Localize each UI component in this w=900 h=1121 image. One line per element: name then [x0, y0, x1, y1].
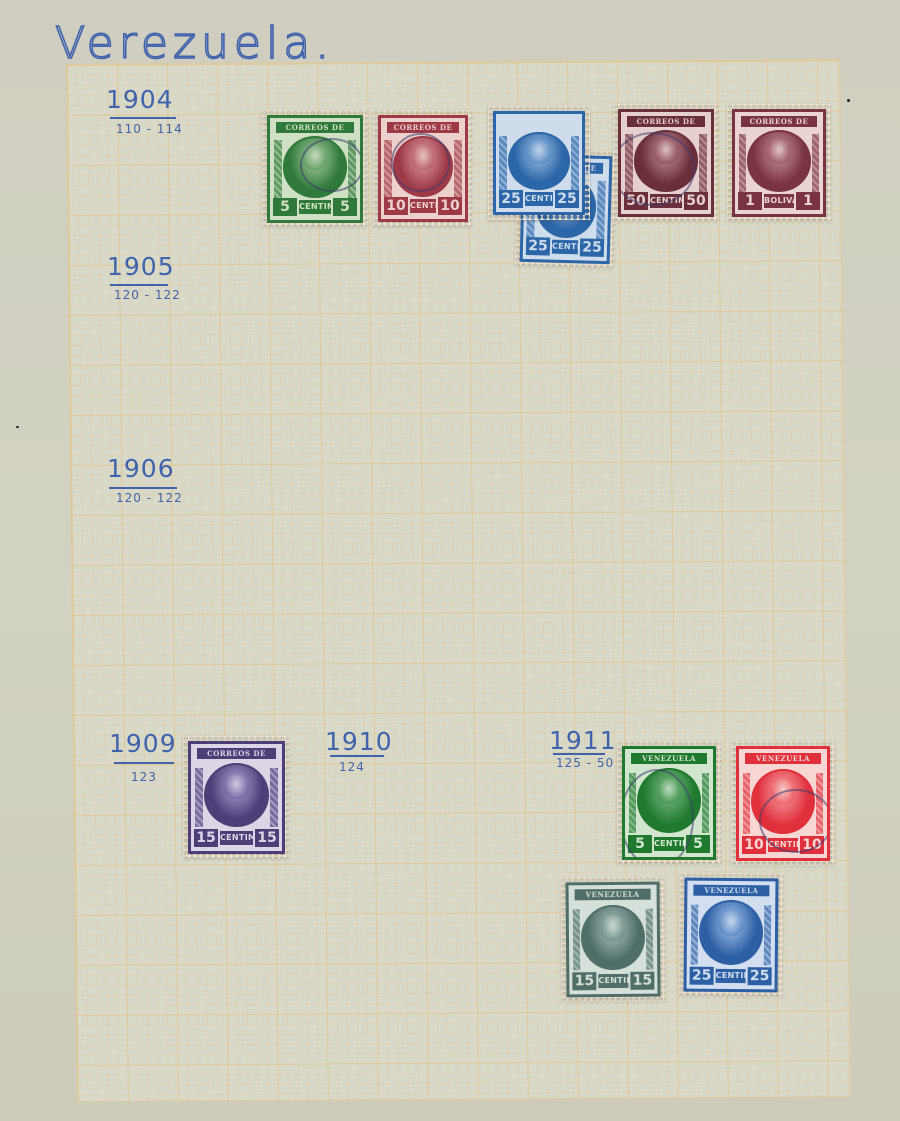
stamp-face: CORREOS DE10CENTIMOS10: [378, 115, 468, 222]
stamp-value-bar: 25CENTIMOS25: [690, 966, 772, 987]
stamp-5-centimos: VENEZUELA5CENTIMOS5: [617, 741, 721, 865]
stamp-value: 10: [384, 197, 408, 215]
stamp-column-ornament: [690, 904, 698, 965]
portrait-icon: [699, 900, 763, 965]
stamp-value: 10: [438, 197, 462, 215]
catalog-range-1905: 120 - 122: [114, 288, 181, 302]
stamp-column-ornament: [572, 909, 580, 970]
year-underline: [110, 284, 168, 286]
year-underline: [553, 753, 605, 755]
stamp-15-centimos: VENEZUELA15CENTIMOS15: [560, 877, 665, 1003]
stamp-currency: BOLIVAR: [764, 194, 794, 208]
stamp-currency: CENTIMOS: [552, 240, 578, 255]
stamp-header: VENEZUELA: [631, 753, 707, 764]
stamp-value: 15: [572, 972, 596, 990]
stamp-face: VENEZUELA5CENTIMOS5: [622, 746, 716, 860]
stamp-value: 25: [499, 190, 523, 208]
stamp-column-ornament: [699, 134, 707, 191]
stamp-face: CORREOS DE50CENTIMOS50: [618, 109, 714, 217]
year-label-1911: 1911: [549, 727, 617, 755]
stamp-5-centimos: CORREOS DE5CENTIMOS5: [262, 110, 368, 228]
stamp-value-bar: 15CENTIMOS15: [572, 971, 654, 992]
stamp-10-centimos: VENEZUELA10CENTIMOS10: [731, 741, 835, 866]
stamp-15-centimos: CORREOS DE15CENTIMOS15: [183, 736, 290, 859]
catalog-range-1911: 125 - 50: [556, 756, 614, 770]
stamp-currency: CENTIMOS: [220, 831, 253, 845]
stamp-column-ornament: [739, 134, 747, 191]
stamp-column-ornament: [763, 905, 771, 966]
stamp-value: 25: [748, 967, 772, 985]
stamp-header: VENEZUELA: [745, 753, 821, 764]
portrait-icon: [581, 904, 645, 970]
portrait-icon: [747, 130, 810, 191]
stamp-column-ornament: [702, 773, 710, 834]
stamp-10-centimos: CORREOS DE10CENTIMOS10: [373, 110, 473, 227]
stamp-value: 25: [555, 190, 579, 208]
portrait-icon: [204, 763, 270, 827]
stamp-column-ornament: [812, 134, 820, 191]
page-title: Verezuela.: [55, 18, 334, 69]
stamp-value: 25: [580, 238, 604, 257]
stamp-currency: CENTIMOS: [299, 200, 331, 214]
year-underline: [330, 755, 384, 757]
stamp-column-ornament: [499, 136, 507, 191]
year-label-1906: 1906: [107, 455, 175, 483]
stamp-header: VENEZUELA: [693, 885, 769, 897]
postmark-cancel-icon: [300, 138, 363, 192]
stamp-column-ornament: [454, 140, 462, 197]
stamp-header: VENEZUELA: [575, 889, 651, 901]
postmark-cancel-icon: [391, 133, 450, 192]
stamp-face: 25CENTIMOS25: [493, 111, 585, 215]
stamp-face: CORREOS DE15CENTIMOS15: [188, 741, 285, 854]
postmark-cancel-icon: [759, 789, 830, 853]
year-underline: [110, 117, 176, 119]
stamp-currency: CENTIMOS: [598, 974, 628, 988]
stamp-value: 25: [690, 967, 714, 985]
year-label-1905: 1905: [107, 253, 175, 281]
stamp-column-ornament: [743, 773, 751, 834]
stamp-header: CORREOS DE: [387, 122, 459, 133]
stamp-value: 1: [796, 192, 820, 210]
stamp-value: 10: [742, 836, 766, 854]
stamp-header: CORREOS DE: [741, 116, 817, 127]
portrait-icon: [508, 132, 570, 191]
year-underline: [114, 762, 174, 764]
stamp-column-ornament: [195, 768, 203, 828]
stamp-header: CORREOS DE: [197, 748, 276, 759]
stamp-50-centimos: CORREOS DE50CENTIMOS50: [613, 104, 719, 222]
stamp-face: VENEZUELA10CENTIMOS10: [736, 746, 830, 861]
stamp-face: VENEZUELA25CENTIMOS25: [684, 878, 779, 993]
stamp-value-bar: 5CENTIMOS5: [273, 197, 357, 217]
postmark-cancel-icon: [622, 769, 694, 860]
stamp-value: 15: [255, 829, 279, 847]
paper-speck: [847, 99, 850, 102]
stamp-face: CORREOS DE5CENTIMOS5: [267, 115, 363, 223]
year-label-1910: 1910: [325, 728, 393, 756]
stamp-25-centimos: 25CENTIMOS25: [488, 106, 590, 220]
catalog-range-1909: 123: [131, 770, 157, 784]
stamp-column-ornament: [596, 181, 605, 238]
stamp-value-bar: 25CENTIMOS25: [526, 236, 604, 258]
stamp-currency: CENTIMOS: [525, 192, 553, 206]
stamp-value: 5: [333, 198, 357, 216]
stamp-face: CORREOS DE1BOLIVAR1: [732, 109, 826, 217]
stamp-value-bar: 25CENTIMOS25: [499, 189, 579, 209]
stamp-value: 1: [738, 192, 762, 210]
paper-speck: [16, 426, 19, 428]
stamp-value: 5: [273, 198, 297, 216]
catalog-range-1906: 120 - 122: [116, 491, 183, 505]
stamp-25-centimos: VENEZUELA25CENTIMOS25: [678, 873, 783, 998]
stamp-value: 50: [684, 192, 708, 210]
stamp-value-bar: 1BOLIVAR1: [738, 191, 820, 211]
stamp-column-ornament: [274, 140, 282, 197]
year-underline: [109, 487, 177, 489]
stamp-column-ornament: [270, 768, 278, 828]
catalog-range-1904: 110 - 114: [116, 122, 183, 136]
stamp-header: CORREOS DE: [627, 116, 705, 127]
stamp-1-bolivar: CORREOS DE1BOLIVAR1: [727, 104, 831, 222]
stamp-currency: CENTIMOS: [716, 969, 746, 983]
catalog-range-1910: 124: [339, 760, 365, 774]
stamp-column-ornament: [645, 909, 653, 970]
stamp-value: 15: [630, 972, 654, 990]
stamp-column-ornament: [571, 136, 579, 191]
stamp-value: 15: [194, 829, 218, 847]
stamp-header: CORREOS DE: [276, 122, 354, 133]
year-label-1904: 1904: [106, 86, 174, 114]
stamp-face: VENEZUELA15CENTIMOS15: [566, 882, 661, 998]
year-label-1909: 1909: [109, 730, 177, 758]
stamp-value: 25: [526, 237, 550, 256]
stamp-value-bar: 10CENTIMOS10: [384, 196, 462, 216]
stamp-value-bar: 15CENTIMOS15: [194, 828, 279, 848]
stamp-currency: CENTIMOS: [410, 199, 436, 213]
